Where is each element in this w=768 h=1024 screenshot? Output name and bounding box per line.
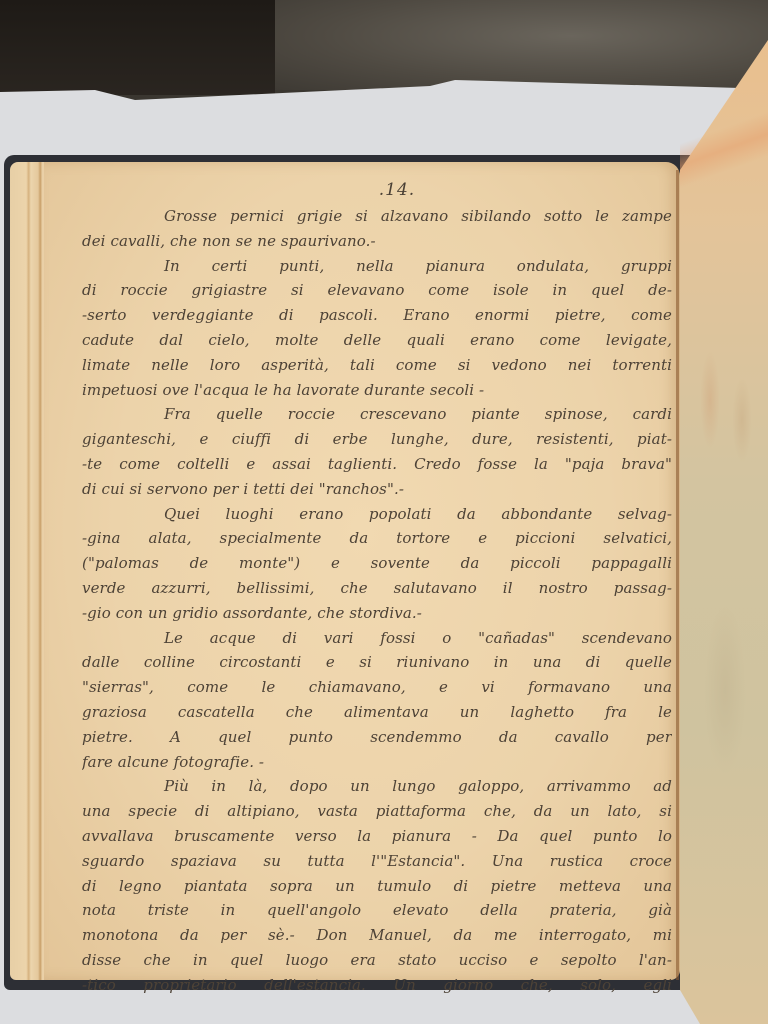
text-line: di cui si servono per i tetti dei "ranch… [82,477,672,502]
text-line: Le acque di vari fossi o "cañadas" scend… [82,626,672,651]
text-line: verde azzurri, bellissimi, che salutavan… [82,576,672,601]
paragraph-3: Fra quelle roccie crescevano piante spin… [82,402,672,501]
paragraph-1: Grosse pernici grigie si alzavano sibila… [82,204,672,254]
page-number: .14. [82,180,672,200]
text-line: -gio con un gridio assordante, che stord… [82,601,672,626]
paragraph-4: Quei luoghi erano popolati da abbondante… [82,502,672,626]
text-line: disse che in quel luogo era stato ucciso… [82,948,672,973]
text-line: impetuosi ove l'acqua le ha lavorate dur… [82,378,672,403]
text-line: Grosse pernici grigie si alzavano sibila… [82,204,672,229]
paragraph-2: In certi punti, nella pianura ondulata, … [82,254,672,403]
grey-background [275,0,768,90]
text-line: "sierras", come le chiamavano, e vi form… [82,675,672,700]
text-line: ("palomas de monte") e sovente da piccol… [82,551,672,576]
text-line: avvallava bruscamente verso la pianura -… [82,824,672,849]
text-line: dei cavalli, che non se ne spaurivano.- [82,229,672,254]
text-line: -serto verdeggiante di pascoli. Erano en… [82,303,672,328]
text-line: giganteschi, e ciuffi di erbe lunghe, du… [82,427,672,452]
text-line: sguardo spaziava su tutta l'"Estancia". … [82,849,672,874]
text-line: cadute dal cielo, molte delle quali eran… [82,328,672,353]
text-line: di legno piantata sopra un tumulo di pie… [82,874,672,899]
text-line: fare alcune fotografie. - [82,750,672,775]
text-line: pietre. A quel punto scendemmo da cavall… [82,725,672,750]
text-line: nota triste in quell'angolo elevato dell… [82,898,672,923]
page-edges [10,162,46,980]
text-line: -gina alata, specialmente da tortore e p… [82,526,672,551]
spine-edge [676,170,679,980]
text-line: graziosa cascatella che alimentava un la… [82,700,672,725]
text-line: -te come coltelli e assai taglienti. Cre… [82,452,672,477]
text-line: Fra quelle roccie crescevano piante spin… [82,402,672,427]
text-line: dalle colline circostanti e si riunivano… [82,650,672,675]
text-line: limate nelle loro asperità, tali come si… [82,353,672,378]
facing-page-painting [690,270,768,870]
text-line: una specie di altipiano, vasta piattafor… [82,799,672,824]
text-line: di roccie grigiastre si elevavano come i… [82,278,672,303]
paragraph-5: Le acque di vari fossi o "cañadas" scend… [82,626,672,775]
text-line: monotona da per sè.- Don Manuel, da me i… [82,923,672,948]
text-line: Quei luoghi erano popolati da abbondante… [82,502,672,527]
text-line: -tico proprietario dell'estancia. Un gio… [82,973,672,998]
dark-background [0,0,275,95]
text-line: In certi punti, nella pianura ondulata, … [82,254,672,279]
text-line: Più in là, dopo un lungo galoppo, arriva… [82,774,672,799]
paragraph-6: Più in là, dopo un lungo galoppo, arriva… [82,774,672,997]
facing-page-band [680,110,768,190]
handwritten-text: .14. Grosse pernici grigie si alzavano s… [82,180,672,998]
